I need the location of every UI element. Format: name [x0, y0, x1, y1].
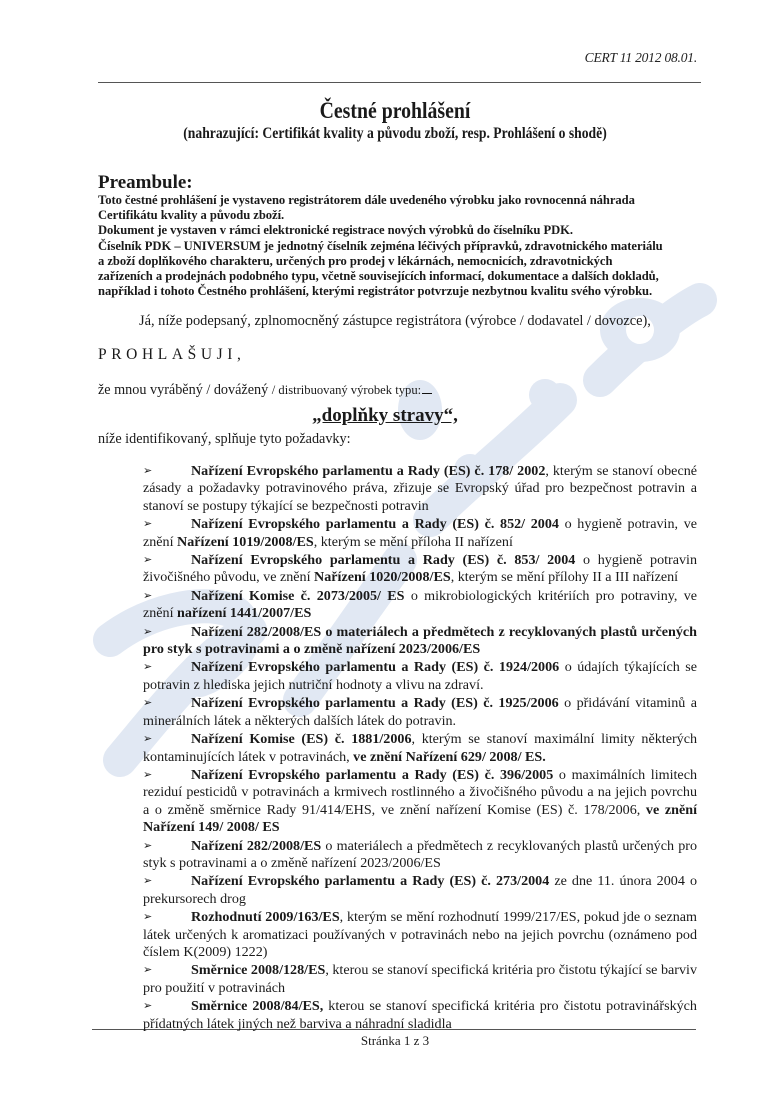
- document-subtitle: (nahrazující: Certifikát kvality a původ…: [47, 125, 742, 143]
- product-line: že mnou vyráběný / dovážený / distribuov…: [98, 381, 432, 399]
- arrow-bullet-icon: ➢: [143, 551, 191, 568]
- regulation-description: , kterým se mění přílohy II a III naříze…: [451, 569, 678, 585]
- requirements-list: ➢Nařízení Evropského parlamentu a Rady (…: [143, 462, 697, 1033]
- arrow-bullet-icon: ➢: [143, 462, 191, 479]
- product-line-part: / distribuovaný výrobek typu:: [272, 383, 421, 397]
- preamble-line: Toto čestné prohlášení je vystaveno regi…: [98, 193, 718, 208]
- regulation-amendment: Nařízení 1020/2008/ES: [314, 569, 451, 585]
- arrow-bullet-icon: ➢: [143, 587, 191, 604]
- regulation-amendment: Nařízení 1019/2008/ES: [177, 534, 314, 550]
- arrow-bullet-icon: ➢: [143, 872, 191, 889]
- regulation-amendment: ve znění Nařízení 629/ 2008/ ES.: [353, 749, 546, 765]
- blank-field: [422, 381, 432, 394]
- regulation-description: , kterým se mění příloha II nařízení: [314, 534, 513, 550]
- page-number: Stránka 1 z 3: [0, 1033, 777, 1049]
- declaration-keyword: PROHLAŠUJI,: [98, 346, 246, 364]
- requirement-item: ➢Směrnice 2008/128/ES, kterou se stanoví…: [143, 961, 697, 997]
- arrow-bullet-icon: ➢: [143, 623, 191, 640]
- regulation-title: Nařízení 282/2008/ES o materiálech a pře…: [143, 624, 697, 657]
- regulation-title: Nařízení Evropského parlamentu a Rady (E…: [191, 695, 559, 711]
- arrow-bullet-icon: ➢: [143, 515, 191, 532]
- regulation-title: Nařízení 282/2008/ES: [191, 838, 321, 854]
- regulation-amendment: nařízení 1441/2007/ES: [177, 605, 311, 621]
- requirement-item: ➢Nařízení Evropského parlamentu a Rady (…: [143, 551, 697, 587]
- arrow-bullet-icon: ➢: [143, 730, 191, 747]
- preamble-text: Toto čestné prohlášení je vystaveno regi…: [98, 193, 718, 299]
- document-code: CERT 11 2012 08.01.: [585, 50, 697, 66]
- regulation-title: Nařízení Evropského parlamentu a Rady (E…: [191, 659, 559, 675]
- requirement-item: ➢Nařízení 282/2008/ES o materiálech a př…: [143, 623, 697, 659]
- regulation-title: Směrnice 2008/84/ES,: [191, 998, 323, 1014]
- preamble-line: Dokument je vystaven v rámci elektronick…: [98, 223, 718, 238]
- regulation-title: Nařízení Komise č. 2073/2005/ ES: [191, 588, 405, 604]
- arrow-bullet-icon: ➢: [143, 658, 191, 675]
- requirements-intro: níže identifikovaný, splňuje tyto požada…: [98, 431, 351, 448]
- requirement-item: ➢Nařízení Evropského parlamentu a Rady (…: [143, 462, 697, 515]
- requirement-item: ➢Nařízení Evropského parlamentu a Rady (…: [143, 515, 697, 551]
- product-line-part: že mnou vyráběný / dovážený: [98, 382, 272, 398]
- arrow-bullet-icon: ➢: [143, 961, 191, 978]
- product-type: „doplňky stravy“,: [0, 405, 770, 427]
- preamble-heading: Preambule:: [98, 172, 193, 194]
- regulation-title: Nařízení Evropského parlamentu a Rady (E…: [191, 767, 553, 783]
- regulation-title: Nařízení Evropského parlamentu a Rady (E…: [191, 873, 549, 889]
- preamble-line: Číselník PDK – UNIVERSUM je jednotný čís…: [98, 239, 718, 254]
- preamble-line: a zboží doplňkového charakteru, určených…: [98, 254, 718, 269]
- arrow-bullet-icon: ➢: [143, 694, 191, 711]
- document-title: Čestné prohlášení: [55, 98, 734, 124]
- regulation-title: Nařízení Evropského parlamentu a Rady (E…: [191, 463, 545, 479]
- arrow-bullet-icon: ➢: [143, 766, 191, 783]
- regulation-title: Nařízení Evropského parlamentu a Rady (E…: [191, 516, 559, 532]
- preamble-line: například i tohoto Čestného prohlášení, …: [98, 284, 718, 299]
- header-divider: [98, 82, 701, 83]
- declarant-intro: Já, níže podepsaný, zplnomocněný zástupc…: [139, 313, 651, 330]
- requirement-item: ➢Rozhodnutí 2009/163/ES, kterým se mění …: [143, 908, 697, 961]
- requirement-item: ➢Nařízení Komise (ES) č. 1881/2006, kter…: [143, 730, 697, 766]
- regulation-title: Nařízení Komise (ES) č. 1881/2006: [191, 731, 412, 747]
- requirement-item: ➢Nařízení Evropského parlamentu a Rady (…: [143, 766, 697, 837]
- preamble-line: zařízeních a prodejnách podobného typu, …: [98, 269, 718, 284]
- arrow-bullet-icon: ➢: [143, 908, 191, 925]
- requirement-item: ➢Nařízení Evropského parlamentu a Rady (…: [143, 694, 697, 730]
- requirement-item: ➢Nařízení Komise č. 2073/2005/ ES o mikr…: [143, 587, 697, 623]
- arrow-bullet-icon: ➢: [143, 997, 191, 1014]
- requirement-item: ➢Směrnice 2008/84/ES, kterou se stanoví …: [143, 997, 697, 1033]
- requirement-item: ➢Nařízení Evropského parlamentu a Rady (…: [143, 872, 697, 908]
- requirement-item: ➢Nařízení 282/2008/ES o materiálech a př…: [143, 837, 697, 873]
- document-page: CERT 11 2012 08.01. Čestné prohlášení (n…: [0, 0, 777, 1100]
- requirement-item: ➢Nařízení Evropského parlamentu a Rady (…: [143, 658, 697, 694]
- regulation-title: Rozhodnutí 2009/163/ES: [191, 909, 340, 925]
- regulation-title: Směrnice 2008/128/ES: [191, 962, 325, 978]
- arrow-bullet-icon: ➢: [143, 837, 191, 854]
- regulation-title: Nařízení Evropského parlamentu a Rady (E…: [191, 552, 575, 568]
- preamble-line: Certifikátu kvality a původu zboží.: [98, 208, 718, 223]
